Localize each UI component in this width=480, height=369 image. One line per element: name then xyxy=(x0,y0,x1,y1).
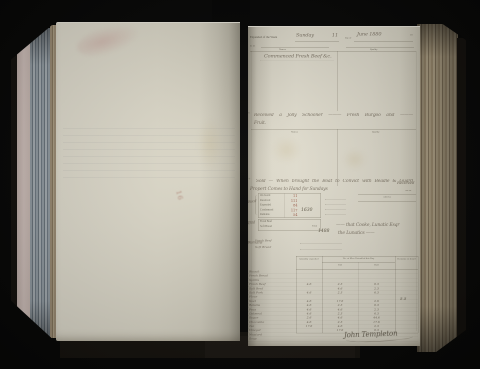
receipt-row-label: Condemned xyxy=(260,209,273,212)
entry3-line1: Sold — When brought the Boat to Convict … xyxy=(256,179,413,184)
table-row-col2: 4.6 xyxy=(322,325,358,328)
table-row-col1: 4.6 xyxy=(296,300,322,303)
table-side-note: 5.5 xyxy=(400,297,406,301)
photo-backdrop: 16 Expended of the Week Sunday 11 day of… xyxy=(0,0,480,369)
right-page: Expended of the Week Sunday 11 day of Ju… xyxy=(248,26,420,346)
pencil-mark: 16 xyxy=(174,190,184,202)
dot-leader xyxy=(325,209,346,210)
form-title: Expended of the Week xyxy=(250,36,277,39)
table-col1-header: Quantity expended xyxy=(297,258,322,261)
table-sub1-header: Full xyxy=(322,264,358,267)
table-row-col3: 2.3 xyxy=(358,287,395,290)
table-row-label: Tea xyxy=(249,325,254,328)
dot-leader xyxy=(325,204,346,205)
right-scribble: ~~ xyxy=(405,189,411,193)
table-row-col3: 6.3 xyxy=(358,291,395,294)
entry3-margin-scribble: Received xyxy=(397,181,414,185)
paid-row-label: Fresh Beef xyxy=(260,221,272,224)
show-through-ruled-lines xyxy=(63,128,235,180)
table-row-label: Vinegar xyxy=(249,329,261,332)
entry1-underline xyxy=(260,60,334,61)
remains-row-dots xyxy=(300,250,342,251)
table-row-col3: 44.6 xyxy=(358,317,395,320)
remains-row-dots xyxy=(300,243,342,244)
table-top-rule xyxy=(296,256,418,257)
receipt-box: On board 11 Received 111 Expended 84 Con… xyxy=(258,193,321,218)
receipt-row-label: Remains xyxy=(260,214,270,217)
table-row-label: Fresh Bread xyxy=(249,275,268,278)
table-row-col1: 4.6 xyxy=(296,321,322,324)
section2-divider xyxy=(337,129,338,186)
table-row-col1: 4.6 xyxy=(296,304,322,307)
right-page-stain xyxy=(272,137,301,163)
table-row-label: Biscuit xyxy=(249,271,259,274)
table-row-col2: 2.3 xyxy=(322,304,358,307)
day-of-label: day of xyxy=(345,37,351,40)
entry2-rule xyxy=(251,129,416,130)
table-row-col3: 2.3 xyxy=(358,325,395,328)
entry2-label-right: Quality xyxy=(372,131,380,134)
date-entry: June 1880 xyxy=(357,32,381,37)
table-row-label: Peas xyxy=(249,308,256,311)
margin-tick: x xyxy=(248,111,250,115)
book-cover-right-edge xyxy=(457,38,466,344)
paid-row-label: Soft Bread xyxy=(260,226,272,229)
receipt-row-label: Received xyxy=(260,199,270,202)
left-page: 16 xyxy=(56,22,240,341)
table-row-col1: 4.6 xyxy=(296,283,322,286)
total-label: Total xyxy=(312,225,317,228)
table-row-label: Flour xyxy=(249,296,257,299)
articles-header-label: Articles xyxy=(358,196,416,199)
table-row-col2: 2.3 xyxy=(322,312,358,315)
remains-row-label: Soft Bread xyxy=(255,246,271,249)
receipt-row-figure: 54 xyxy=(287,213,298,217)
table-row-label: Raisins xyxy=(249,304,260,307)
dot-leader xyxy=(325,214,346,215)
table-row-col2: 4.6 xyxy=(322,308,358,311)
table-row-col2: 2.3 xyxy=(322,283,358,286)
table-row-label: Mustard xyxy=(249,333,262,336)
table-row-col1: 17.6 xyxy=(296,325,322,328)
total-amount: 1488 xyxy=(318,229,329,234)
header-rule-left xyxy=(261,47,329,48)
table-row-col3: 2.3 xyxy=(358,308,395,311)
remains-rows: Fresh Beef Soft Bread xyxy=(254,239,414,252)
entry2-label-left: Names xyxy=(291,131,298,134)
section1-divider xyxy=(337,51,338,111)
date-underline xyxy=(354,41,413,42)
remains-row: Soft Bread xyxy=(254,246,414,253)
table-row-col3: 6.3 xyxy=(358,304,395,307)
articles-header-box: Articles xyxy=(358,194,416,202)
receipt-total: 1630 xyxy=(301,208,312,213)
entry2-line2: Fruit. xyxy=(254,121,266,126)
table-row-col2: 4.6 xyxy=(322,317,358,320)
table-group-rule xyxy=(322,262,395,263)
table-row-label: Salt Beef xyxy=(249,287,263,290)
header-rule-right xyxy=(346,47,414,48)
page-edges-left-blue xyxy=(30,28,51,338)
remains-row-label: Fresh Beef xyxy=(255,240,272,243)
table-col-rule-4 xyxy=(418,256,419,333)
entry1-line1: Commenced Fresh Beef &c. xyxy=(264,54,332,59)
table-row-col1: 2.6 xyxy=(296,317,322,320)
table-row-label: Soap xyxy=(249,338,257,341)
total-note1: —— that Cooke, Lunatic Esqr xyxy=(336,223,399,228)
table-row-label: Sugar xyxy=(249,317,258,320)
table-row-col3: 17.6 xyxy=(358,321,395,324)
table-row-label: Fresh Beef xyxy=(249,283,266,286)
entry2-line1: Received a Jolly Schooner ——— Fresh Burg… xyxy=(254,113,413,118)
paid-bracket-label: Paid xyxy=(248,221,255,225)
table-row-col2: 2.3 xyxy=(322,291,358,294)
right-page-stain-2 xyxy=(343,149,366,170)
table-row-label: Salt Pork xyxy=(249,291,263,294)
table-row-col2: 2.3 xyxy=(322,321,358,324)
pink-stain xyxy=(73,22,143,62)
receipt-row-label: Expended xyxy=(260,204,271,207)
table-row-col2: 17.6 xyxy=(322,300,358,303)
page-edges-right-fore-edge xyxy=(417,24,458,352)
total-note2: the Lunatics —— xyxy=(338,231,375,236)
header-bottom-rule xyxy=(250,51,416,52)
table-row-col1: 4.6 xyxy=(296,312,322,315)
header-margin-note: 18 xyxy=(410,34,413,37)
table-row-label: Oatmeal xyxy=(249,312,262,315)
table-row-col1: 4.6 xyxy=(296,308,322,311)
receipt-row-label: On board xyxy=(260,195,270,198)
table-row-col2: 4.6 xyxy=(322,287,358,290)
margin-tick: + xyxy=(248,177,251,181)
day-entry: Sunday 11 xyxy=(296,33,338,38)
table-row-label: Suet xyxy=(249,300,256,303)
form-number: B. 31 xyxy=(250,45,255,48)
dot-leader xyxy=(325,199,346,200)
table-row-col3: 2.6 xyxy=(358,300,395,303)
table-group-header: No. of Men Victualled this Day xyxy=(322,258,395,261)
table-row-label: Spirits xyxy=(249,279,259,282)
table-col4-header: Remains on board xyxy=(396,258,418,261)
table-row-col3: 6.3 xyxy=(358,312,395,315)
table-row-col1: 4.6 xyxy=(296,291,322,294)
table-row-col3: 6.3 xyxy=(358,283,395,286)
receipt-rows: On board 11 Received 111 Expended 84 Con… xyxy=(259,194,321,218)
day-underline xyxy=(295,41,339,42)
receipt-row: Remains 54 xyxy=(259,213,321,218)
table-row-label: Chocolate xyxy=(249,321,264,324)
entry3-line2: Propert Comes to Hand for Sundays xyxy=(250,187,328,192)
table-sub2-header: Half xyxy=(358,264,395,267)
